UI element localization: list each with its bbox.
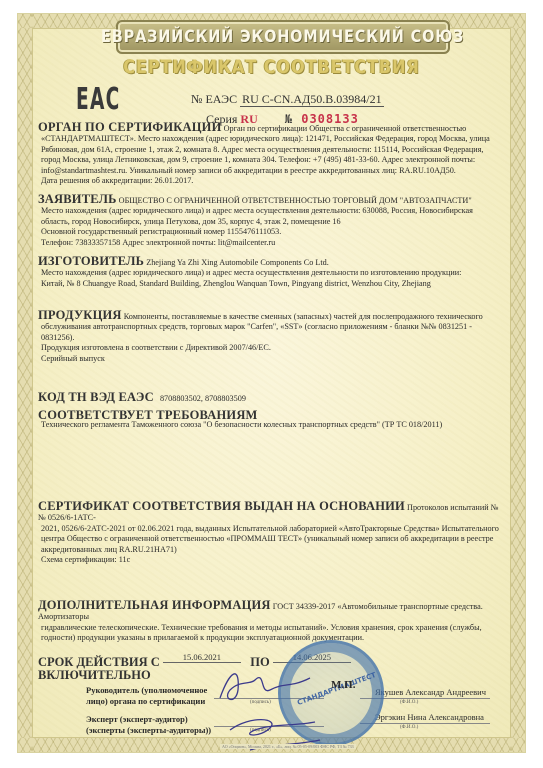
applicant-name: ОБЩЕСТВО С ОГРАНИЧЕННОЙ ОТВЕТСТВЕННОСТЬЮ… [119, 196, 472, 205]
expert-label-line-1: Эксперт (эксперт-аудитор) [86, 714, 211, 725]
manufacturer-name: Zhejiang Ya Zhi Xing Automobile Componen… [146, 258, 329, 267]
print-info: АО «Опцион», Москва, 2021 г., «Б», лиц. … [220, 744, 356, 749]
manufacturer-address-label: Место нахождения (адрес юридического лиц… [38, 268, 503, 278]
section-additional-info: ДОПОЛНИТЕЛЬНАЯ ИНФОРМАЦИЯ ГОСТ 34339-201… [38, 600, 503, 644]
registration-number: RU C-CN.АД50.В.03984/21 [240, 92, 384, 107]
hs-code-value: 8708803502, 8708803509 [160, 394, 246, 403]
certificate-title: СЕРТИФИКАТ СООТВЕТСТВИЯ [56, 56, 487, 78]
section-certification-body: ОРГАН ПО СЕРТИФИКАЦИИ Орган по сертифика… [38, 122, 503, 186]
product-production-type: Серийный выпуск [38, 354, 503, 364]
eac-logo-icon: ЕАС [76, 82, 120, 117]
requirements-text: Технического регламента Таможенного союз… [38, 420, 503, 430]
certification-body-text: «СТАНДАРТМАШТЕСТ». Место нахождения (адр… [38, 134, 503, 176]
heading-hs-code: КОД ТН ВЭД ЕАЭС [38, 390, 154, 404]
section-basis: СЕРТИФИКАТ СООТВЕТСТВИЯ ВЫДАН НА ОСНОВАН… [38, 501, 503, 565]
expert-label-line-2: (эксперты (эксперты-аудиторы)) [86, 725, 211, 736]
head-signatory-label: Руководитель (уполномоченное лицо) орган… [86, 685, 207, 707]
product-text: обслуживания автотранспортных средств, т… [38, 322, 503, 343]
section-applicant: ЗАЯВИТЕЛЬ ОБЩЕСТВО С ОГРАНИЧЕННОЙ ОТВЕТС… [38, 194, 503, 248]
head-label-line-1: Руководитель (уполномоченное [86, 685, 207, 696]
accreditation-date: Дата решения об аккредитации: 26.01.2017… [38, 176, 503, 186]
union-banner: ЕВРАЗИЙСКИЙ ЭКОНОМИЧЕСКИЙ СОЮЗ [116, 20, 450, 54]
section-requirements: СООТВЕТСТВУЕТ ТРЕБОВАНИЯМ Технического р… [38, 410, 503, 431]
section-product: ПРОДУКЦИЯ Компоненты, поставляемые в кач… [38, 310, 503, 364]
certification-body-lead: Орган по сертификации Общества с огранич… [224, 124, 467, 133]
registration-prefix: № ЕАЭС [191, 92, 237, 106]
validity-label-from: СРОК ДЕЙСТВИЯ С [38, 655, 160, 669]
section-hs-code: КОД ТН ВЭД ЕАЭС 8708803502, 8708803509 [38, 392, 503, 404]
certification-scheme: Схема сертификации: 11с [38, 555, 503, 565]
heading-requirements: СООТВЕТСТВУЕТ ТРЕБОВАНИЯМ [38, 410, 503, 420]
applicant-ogrn: Основной государственный регистрационный… [38, 227, 503, 237]
expert-name-caption: (Ф.И.О.) [400, 725, 418, 730]
basis-text: 2021, 0526/6-2АТС-2021 от 02.06.2021 год… [38, 524, 503, 555]
expert-name: Эргэкин Нина Александровна [375, 712, 484, 722]
head-name: Якушев Александр Андреевич [375, 687, 486, 697]
head-label-line-2: лицо) органа по сертификации [86, 696, 207, 707]
applicant-contacts: Телефон: 73833357158 Адрес электронной п… [38, 238, 503, 248]
certificate-sheet: ЕВРАЗИЙСКИЙ ЭКОНОМИЧЕСКИЙ СОЮЗ СЕРТИФИКА… [18, 14, 525, 752]
product-directive: Продукция изготовлена в соответствии с Д… [38, 343, 503, 353]
union-title: ЕВРАЗИЙСКИЙ ЭКОНОМИЧЕСКИЙ СОЮЗ [101, 27, 464, 47]
expert-name-line [360, 723, 490, 724]
section-manufacturer: ИЗГОТОВИТЕЛЬ Zhejiang Ya Zhi Xing Automo… [38, 256, 503, 289]
heading-product: ПРОДУКЦИЯ [38, 308, 122, 322]
expert-signatory-label: Эксперт (эксперт-аудитор) (эксперты (экс… [86, 714, 211, 736]
seal-label: М.П. [331, 679, 355, 691]
additional-text: гидравлические телескопические. Техничес… [38, 623, 503, 644]
heading-manufacturer: ИЗГОТОВИТЕЛЬ [38, 254, 144, 268]
applicant-address: Место нахождения (адрес юридического лиц… [38, 206, 503, 227]
heading-additional-info: ДОПОЛНИТЕЛЬНАЯ ИНФОРМАЦИЯ [38, 598, 271, 612]
validity-inclusive: ВКЛЮЧИТЕЛЬНО [38, 668, 151, 683]
heading-certification-body: ОРГАН ПО СЕРТИФИКАЦИИ [38, 120, 222, 134]
manufacturer-address: Китай, № 8 Chuangye Road, Standard Build… [38, 279, 503, 289]
heading-basis: СЕРТИФИКАТ СООТВЕТСТВИЯ ВЫДАН НА ОСНОВАН… [38, 499, 405, 513]
head-name-caption: (Ф.И.О.) [400, 700, 418, 705]
heading-applicant: ЗАЯВИТЕЛЬ [38, 192, 117, 206]
product-lead: Компоненты, поставляемые в качестве смен… [124, 312, 483, 321]
registration-number-line: № ЕАЭС RU C-CN.АД50.В.03984/21 [191, 92, 384, 107]
